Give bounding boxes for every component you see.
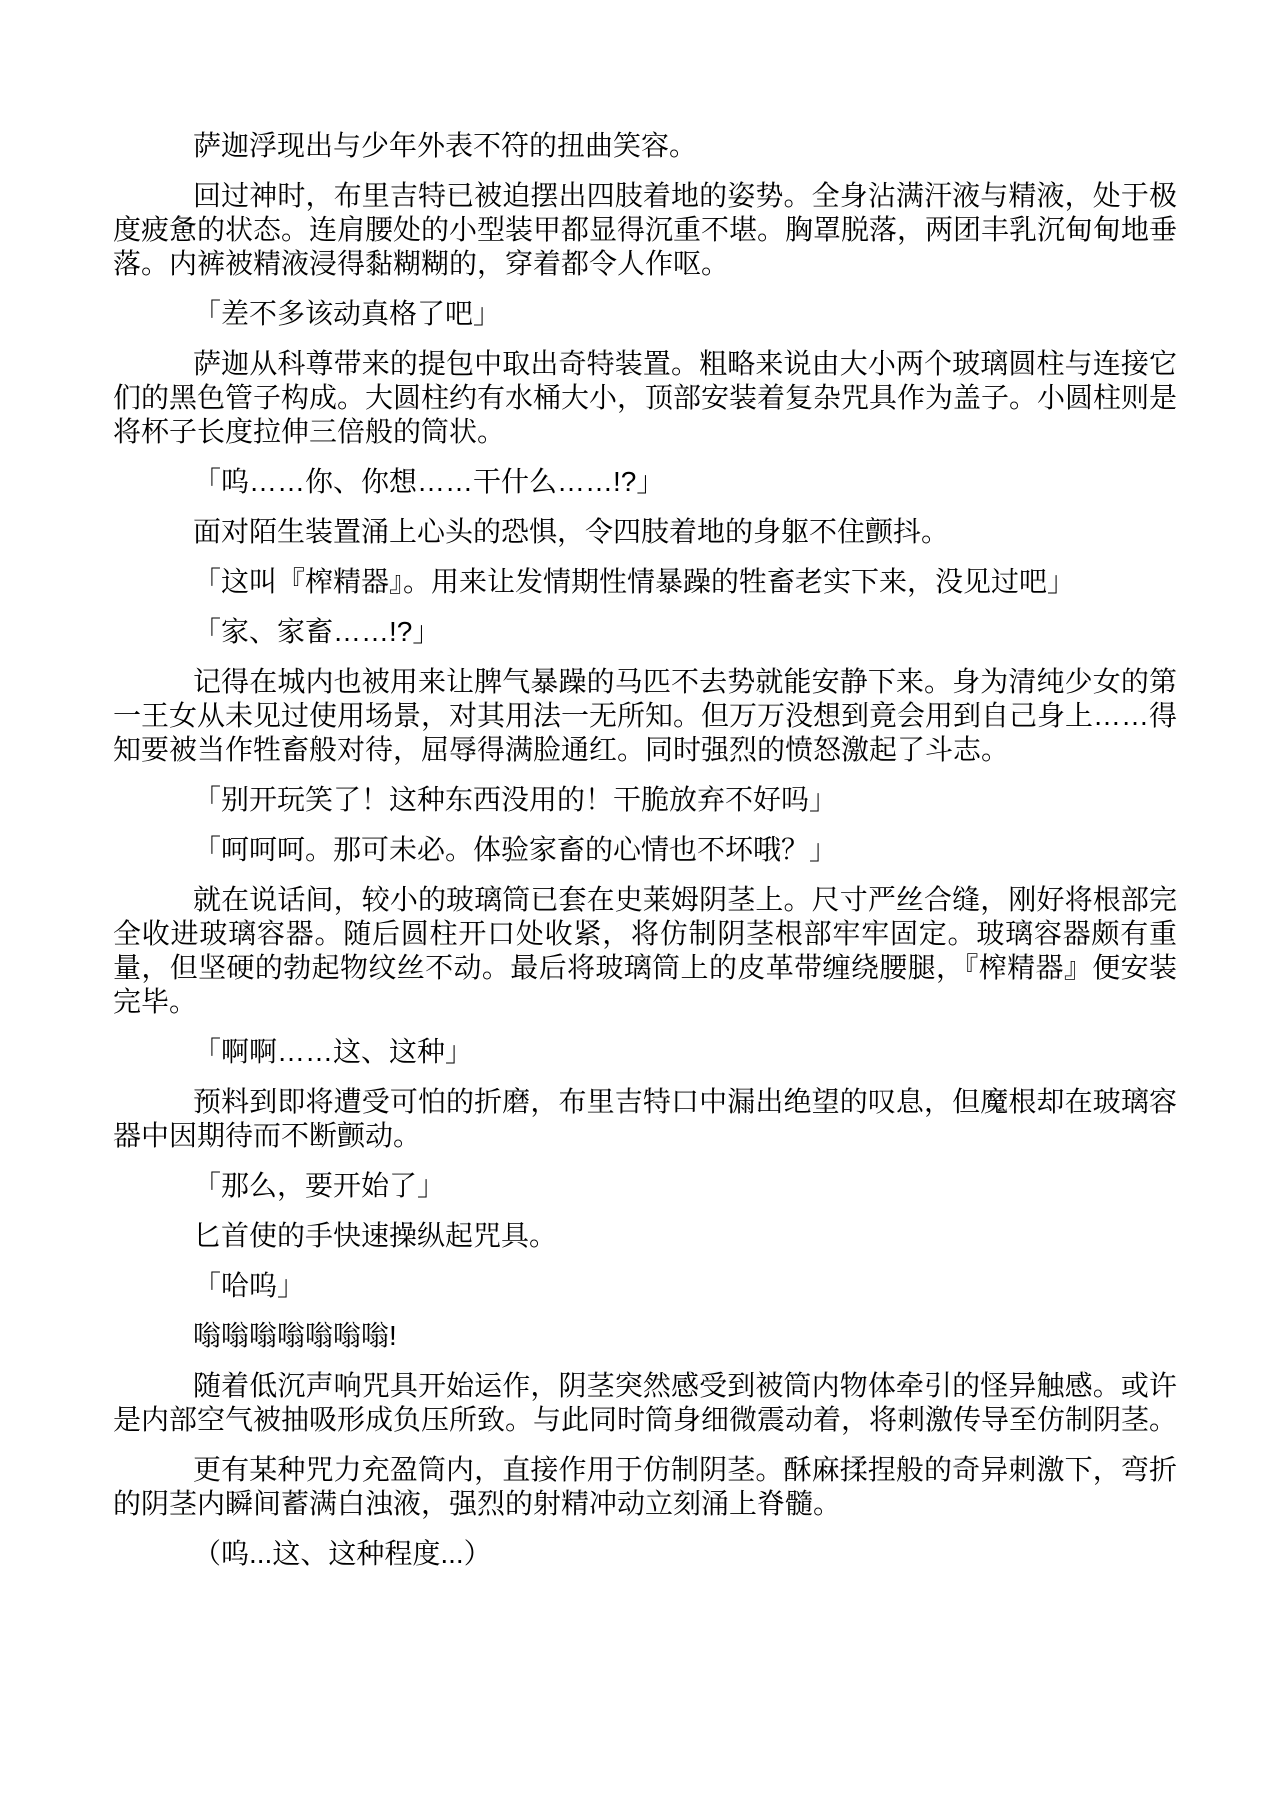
paragraph: 匕首使的手快速操纵起咒具。 xyxy=(113,1219,1177,1253)
paragraph-dialogue: 「差不多该动真格了吧」 xyxy=(113,297,1177,331)
text-content: 萨迦浮现出与少年外表不符的扭曲笑容。 回过神时，布里吉特已被迫摆出四肢着地的姿势… xyxy=(113,129,1177,1587)
paragraph-dialogue: 「呵呵呵。那可未必。体验家畜的心情也不坏哦？」 xyxy=(113,833,1177,867)
paragraph-dialogue: 「别开玩笑了！这种东西没用的！干脆放弃不好吗」 xyxy=(113,783,1177,817)
paragraph: 记得在城内也被用来让脾气暴躁的马匹不去势就能安静下来。身为清纯少女的第一王女从未… xyxy=(113,665,1177,767)
paragraph: 随着低沉声响咒具开始运作，阴茎突然感受到被筒内物体牵引的怪异触感。或许是内部空气… xyxy=(113,1369,1177,1437)
paragraph: 面对陌生装置涌上心头的恐惧，令四肢着地的身躯不住颤抖。 xyxy=(113,515,1177,549)
paragraph: 预料到即将遭受可怕的折磨，布里吉特口中漏出绝望的叹息，但魔根却在玻璃容器中因期待… xyxy=(113,1085,1177,1153)
paragraph-dialogue: 「这叫『榨精器』。用来让发情期性情暴躁的牲畜老实下来，没见过吧」 xyxy=(113,565,1177,599)
paragraph-sfx: 嗡嗡嗡嗡嗡嗡嗡! xyxy=(113,1319,1177,1353)
paragraph-dialogue: 「那么，要开始了」 xyxy=(113,1169,1177,1203)
paragraph-dialogue: 「哈呜」 xyxy=(113,1269,1177,1303)
paragraph: 萨迦浮现出与少年外表不符的扭曲笑容。 xyxy=(113,129,1177,163)
paragraph-dialogue: 「呜……你、你想……干什么……!?」 xyxy=(113,465,1177,499)
paragraph: 更有某种咒力充盈筒内，直接作用于仿制阴茎。酥麻揉捏般的奇异刺激下，弯折的阴茎内瞬… xyxy=(113,1453,1177,1521)
paragraph: 回过神时，布里吉特已被迫摆出四肢着地的姿势。全身沾满汗液与精液，处于极度疲惫的状… xyxy=(113,179,1177,281)
paragraph-dialogue: 「啊啊……这、这种」 xyxy=(113,1035,1177,1069)
paragraph-dialogue: 「家、家畜……!?」 xyxy=(113,615,1177,649)
paragraph-thought: （呜...这、这种程度...） xyxy=(113,1537,1177,1571)
document-page: 萨迦浮现出与少年外表不符的扭曲笑容。 回过神时，布里吉特已被迫摆出四肢着地的姿势… xyxy=(0,0,1280,1808)
paragraph: 就在说话间，较小的玻璃筒已套在史莱姆阴茎上。尺寸严丝合缝，刚好将根部完全收进玻璃… xyxy=(113,883,1177,1019)
paragraph: 萨迦从科尊带来的提包中取出奇特装置。粗略来说由大小两个玻璃圆柱与连接它们的黑色管… xyxy=(113,347,1177,449)
